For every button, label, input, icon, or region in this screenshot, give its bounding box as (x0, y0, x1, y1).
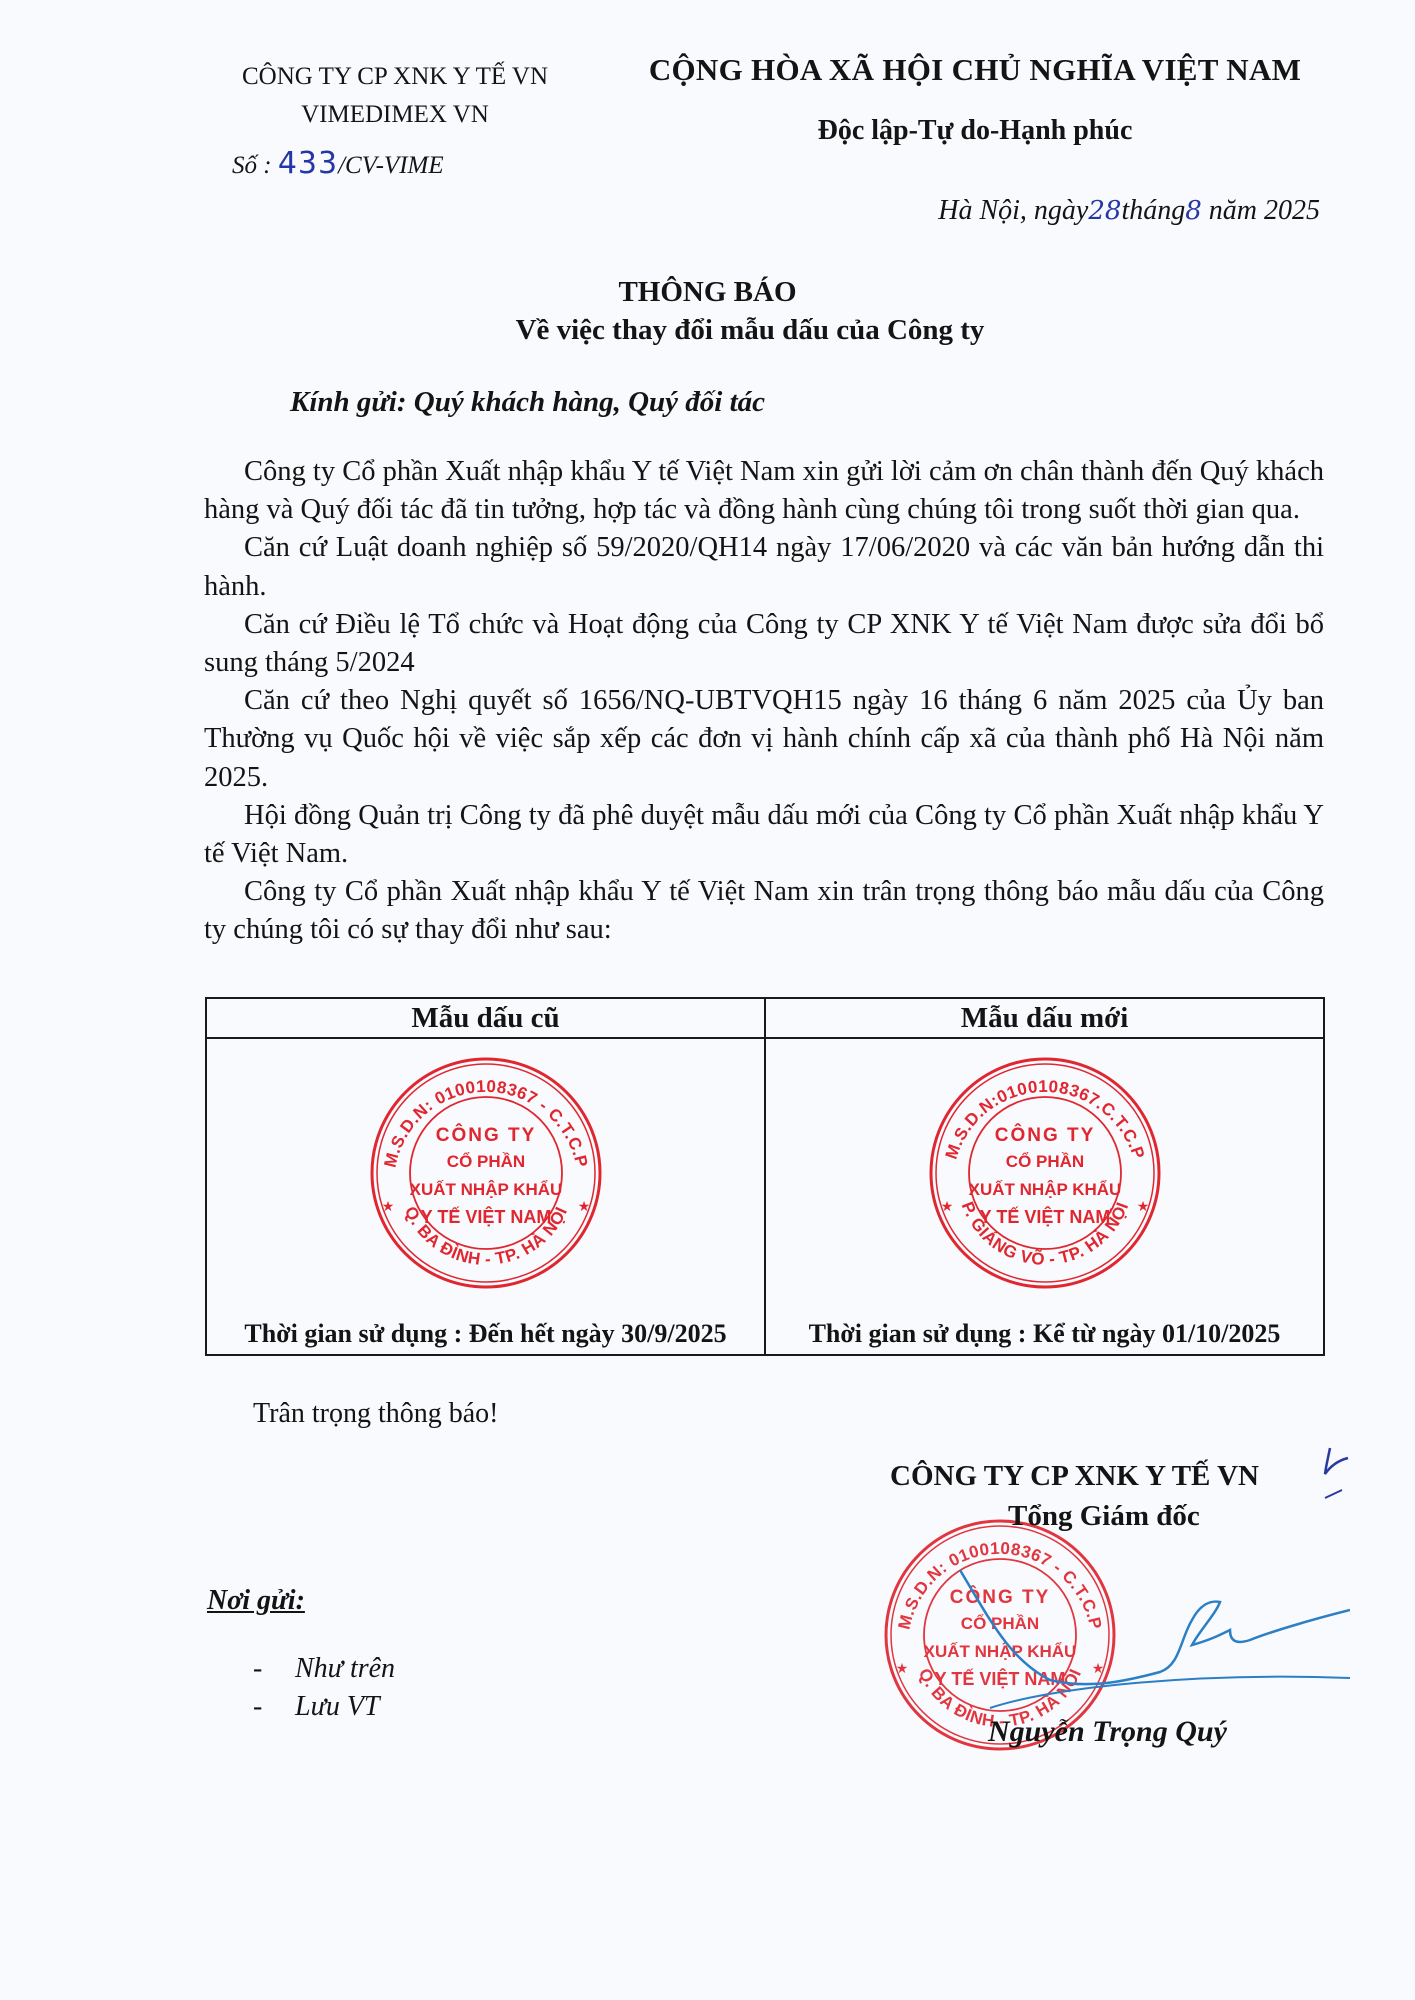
old-stamp-header: Mẫu dấu cũ (206, 998, 765, 1038)
recipients-list: -Như trên -Lưu VT (253, 1650, 395, 1726)
recipient-item: -Lưu VT (253, 1688, 395, 1726)
new-stamp-cell: M.S.D.N:0100108367.C.T.C.PP. GIẢNG VÕ - … (765, 1038, 1324, 1314)
body-paragraph: Căn cứ theo Nghị quyết số 1656/NQ-UBTVQH… (204, 682, 1324, 797)
svg-text:★: ★ (940, 1198, 953, 1214)
date-month: 8 (1185, 196, 1202, 226)
issuer-company-short: VIMEDIMEX VN (205, 96, 585, 134)
new-stamp-seal: M.S.D.N:0100108367.C.T.C.PP. GIẢNG VÕ - … (925, 1053, 1165, 1293)
date-line: Hà Nội, ngày28tháng8 năm 2025 (850, 195, 1320, 227)
old-stamp-usage: Thời gian sử dụng : Đến hết ngày 30/9/20… (206, 1314, 765, 1355)
old-stamp-cell: M.S.D.N: 0100108367 - C.T.C.PQ. BA ĐÌNH … (206, 1038, 765, 1314)
svg-text:CÔNG TY: CÔNG TY (435, 1124, 536, 1146)
recipients-label: Nơi gửi: (207, 1585, 305, 1617)
date-place: Hà Nội, ngày (938, 195, 1088, 226)
svg-text:★: ★ (577, 1198, 590, 1214)
document-subtitle: Về việc thay đổi mẫu dấu của Công ty (200, 314, 1300, 347)
document-number-prefix: Số : (232, 152, 278, 179)
svg-text:XUẤT NHẬP KHẨU: XUẤT NHẬP KHẨU (968, 1180, 1121, 1199)
svg-text:CÔNG TY: CÔNG TY (994, 1124, 1095, 1146)
body-paragraph: Công ty Cổ phần Xuất nhập khẩu Y tế Việt… (204, 873, 1324, 949)
handwritten-signature (930, 1440, 1350, 1740)
new-stamp-usage: Thời gian sử dụng : Kể từ ngày 01/10/202… (765, 1314, 1324, 1355)
body-paragraph: Công ty Cổ phần Xuất nhập khẩu Y tế Việt… (204, 453, 1324, 529)
svg-text:Y TẾ VIỆT NAM: Y TẾ VIỆT NAM (979, 1206, 1110, 1227)
old-stamp-seal: M.S.D.N: 0100108367 - C.T.C.PQ. BA ĐÌNH … (366, 1053, 606, 1293)
svg-text:Y TẾ VIỆT NAM: Y TẾ VIỆT NAM (420, 1206, 551, 1227)
date-day: 28 (1088, 196, 1121, 226)
body-paragraph: Căn cứ Điều lệ Tổ chức và Hoạt động của … (204, 606, 1324, 682)
recipient-line: Kính gửi: Quý khách hàng, Quý đối tác (290, 386, 765, 419)
date-year: năm 2025 (1209, 195, 1320, 226)
issuer-company-name: CÔNG TY CP XNK Y TẾ VN (205, 58, 585, 96)
nation-title: CỘNG HÒA XÃ HỘI CHỦ NGHĨA VIỆT NAM (610, 52, 1340, 88)
recipient-item: -Như trên (253, 1650, 395, 1688)
body-paragraph: Căn cứ Luật doanh nghiệp số 59/2020/QH14… (204, 529, 1324, 605)
document-number: Số : 433/CV-VIME (232, 146, 444, 181)
date-month-label: tháng (1121, 195, 1185, 226)
document-title: THÔNG BÁO (0, 276, 1415, 309)
svg-text:CỔ PHẦN: CỔ PHẦN (1005, 1152, 1083, 1171)
stamp-comparison-table: Mẫu dấu cũ Mẫu dấu mới M.S.D.N: 01001083… (205, 997, 1325, 1356)
svg-text:★: ★ (1136, 1198, 1149, 1214)
body-paragraph: Hội đồng Quản trị Công ty đã phê duyệt m… (204, 797, 1324, 873)
document-number-handwritten: 433 (278, 146, 338, 181)
svg-text:CỔ PHẦN: CỔ PHẦN (446, 1152, 524, 1171)
signatory-name: Nguyễn Trọng Quý (988, 1715, 1227, 1749)
body-text: Công ty Cổ phần Xuất nhập khẩu Y tế Việt… (204, 453, 1324, 950)
national-motto: Độc lập-Tự do-Hạnh phúc (610, 115, 1340, 147)
issuer-block: CÔNG TY CP XNK Y TẾ VN VIMEDIMEX VN (205, 58, 585, 134)
new-stamp-header: Mẫu dấu mới (765, 998, 1324, 1038)
document-number-suffix: /CV-VIME (338, 152, 444, 179)
svg-text:XUẤT NHẬP KHẨU: XUẤT NHẬP KHẨU (409, 1180, 562, 1199)
svg-text:★: ★ (381, 1198, 394, 1214)
svg-text:★: ★ (896, 1660, 909, 1676)
closing-remark: Trân trọng thông báo! (253, 1398, 499, 1430)
